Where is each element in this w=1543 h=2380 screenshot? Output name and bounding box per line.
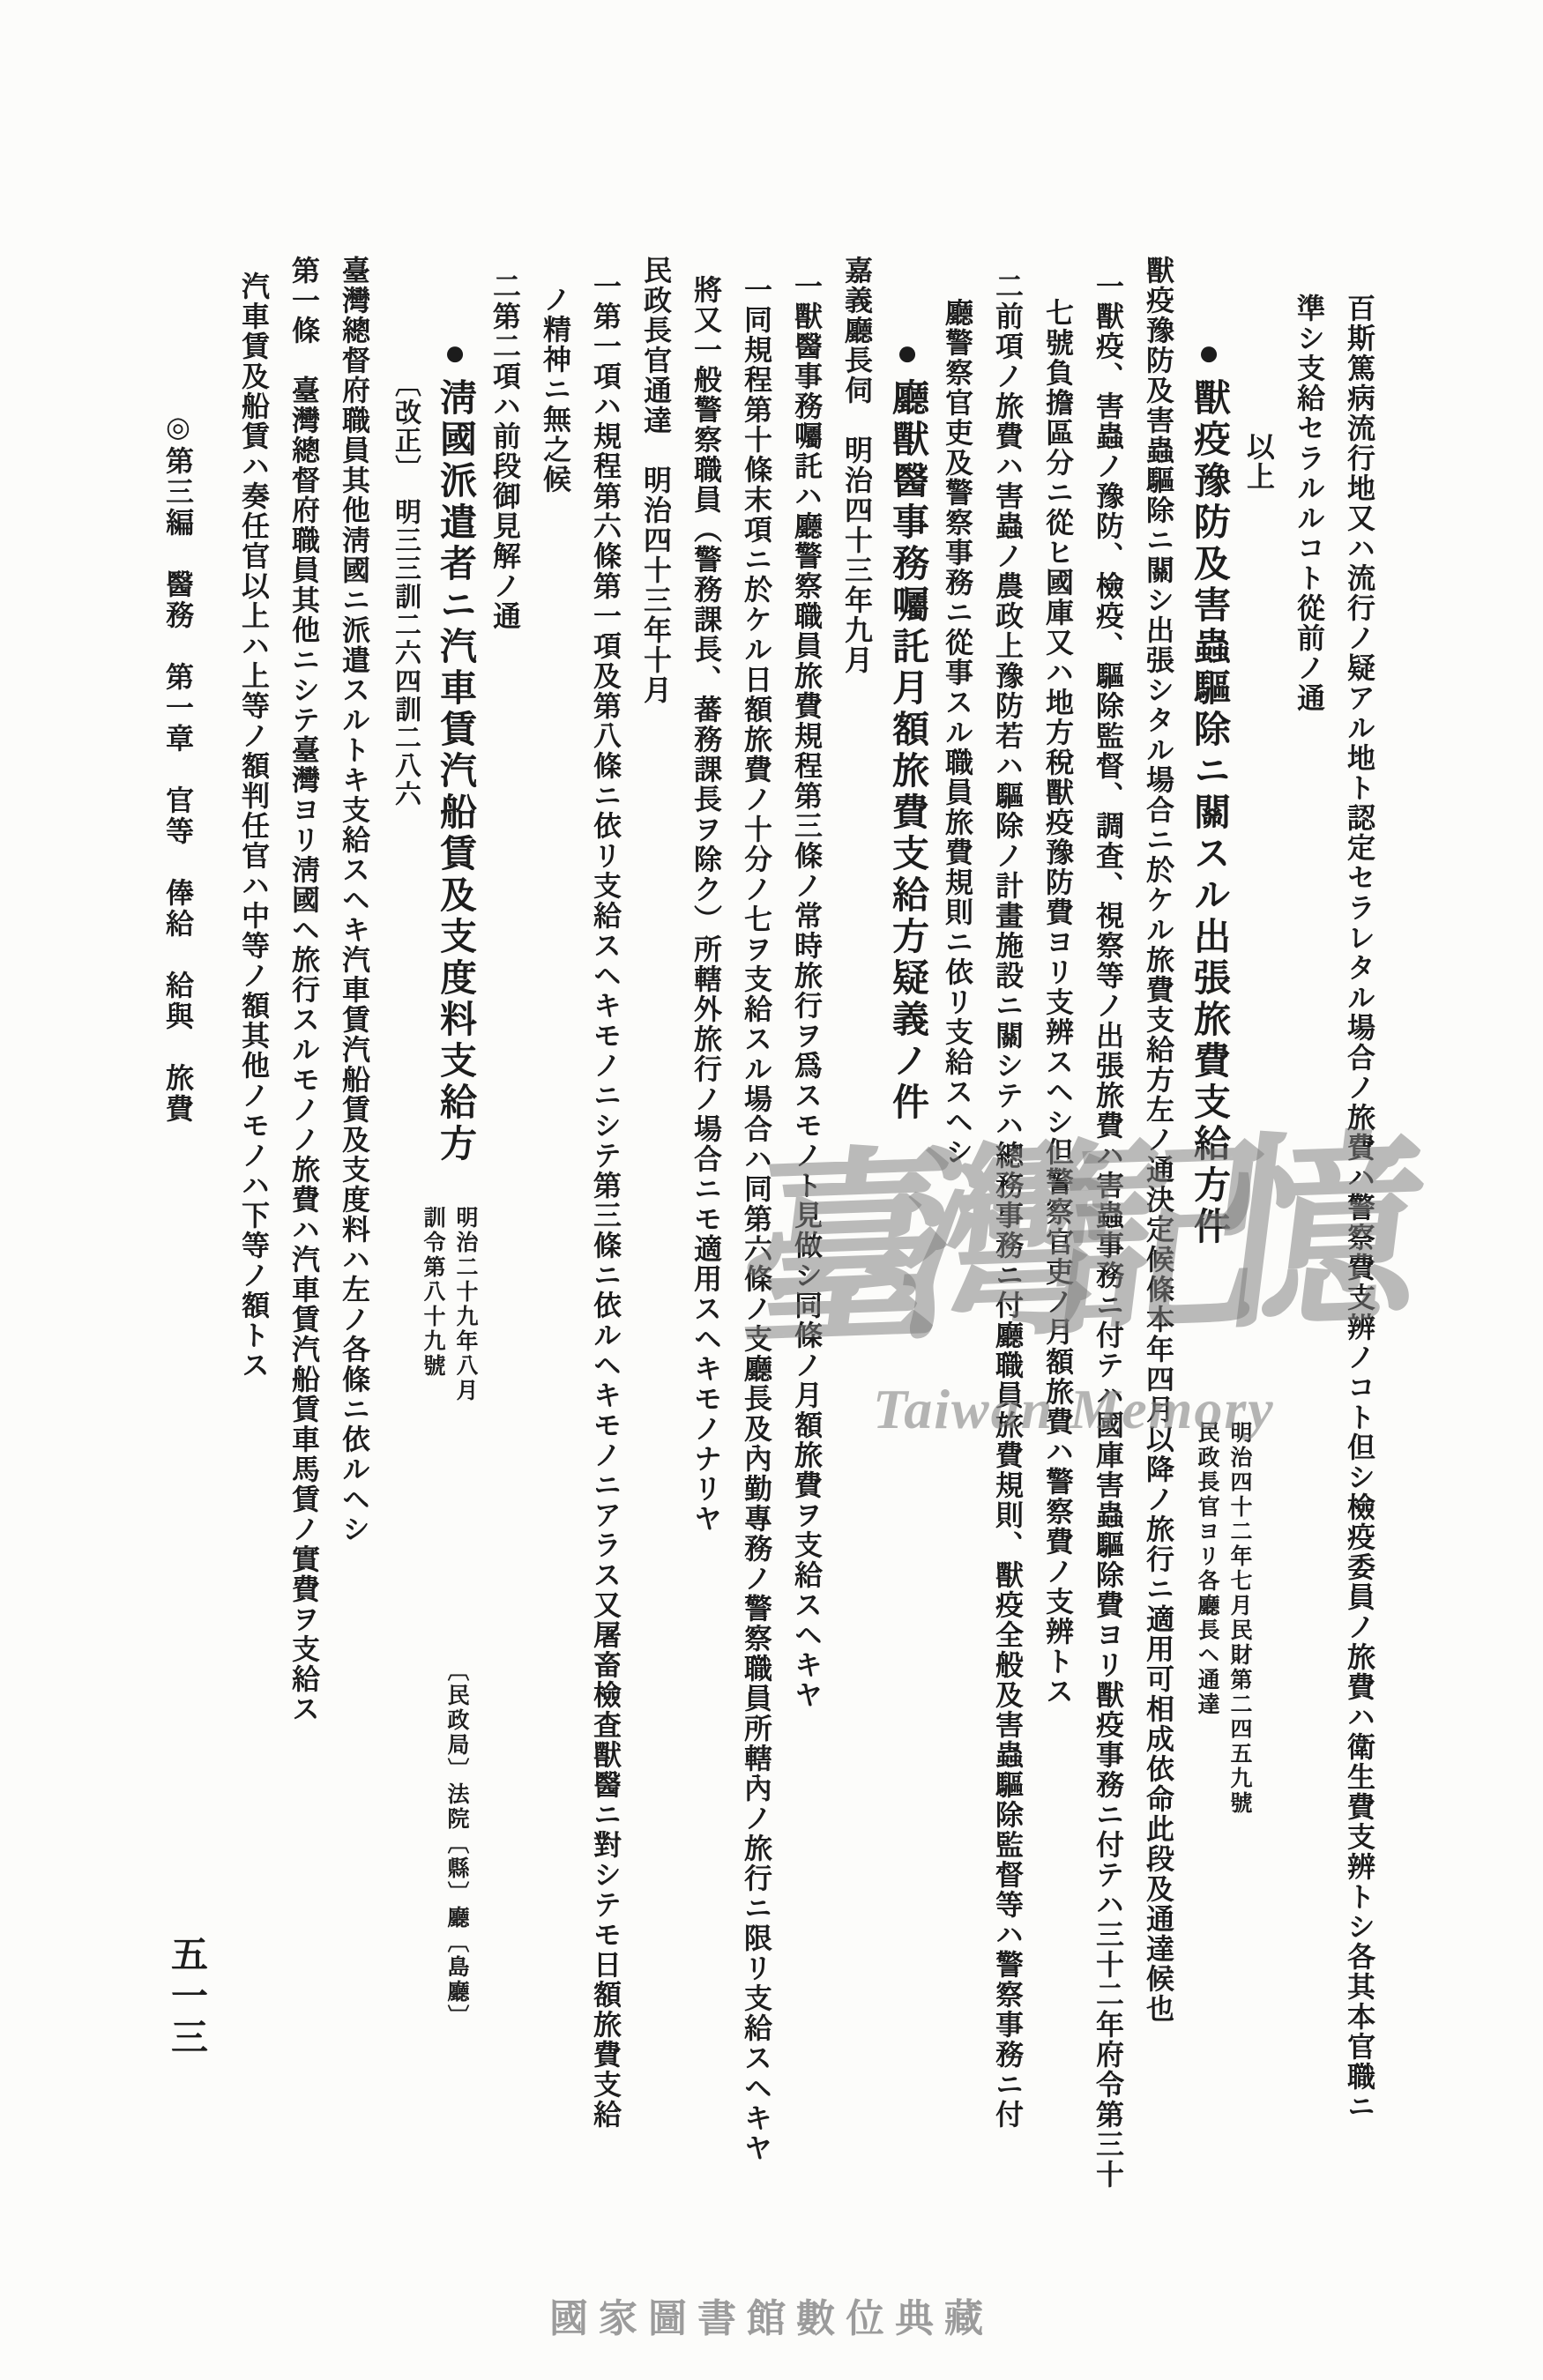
text-column-s1-item2b: 廳警察官吏及警察事務ニ從事スル職員旅費規則ニ依リ支給スヘシ	[943, 298, 972, 1167]
section-3-date: 明治二十九年八月	[454, 1206, 476, 1403]
text-column-s2-a1b: ノ精神ニ無之候	[541, 285, 570, 495]
text-column-s3-amendment: 〔改正〕 明三三訓二六四訓二八六	[391, 370, 418, 808]
section-title-3: ●淸國派遣者ニ汽車賃汽船賃及支度料支給方	[436, 333, 473, 1165]
text-column-s2-inquiry: 嘉義廳長伺 明治四十三年九月	[843, 256, 871, 675]
section-title-2: ●廳獸醫事務囑託月額旅費支給方疑義ノ件	[889, 333, 926, 1124]
text-column-pre-2: 準シ支給セラルルコト從前ノ通	[1295, 294, 1323, 713]
text-column-s1-item1a: 一獸疫、害蟲ノ豫防、檢疫、驅除監督、調査、視察等ノ出張旅費ハ害蟲事務ニ付テハ國庫…	[1094, 271, 1122, 2190]
text-column-s2-q2a: 一同規程第十條末項ニ於ケル日額旅費ノ十分ノ七ヲ支給スル場合ハ同第六條ノ支廳長及內…	[742, 275, 771, 2163]
section-title-1: ●獸疫豫防及害蟲驅除ニ關スル出張旅費支給方件	[1190, 333, 1227, 1248]
text-column-s3-art1b: 汽車賃及船賃ハ奏任官以上ハ上等ノ額判任官ハ中等ノ額其他ノモノハ下等ノ額トス	[240, 271, 268, 1380]
running-title: ◎第三編 醫務 第一章 官等 俸給 給與 旅費	[164, 410, 192, 1125]
text-column-pre-1: 百斯篤病流行地又ハ流行ノ疑アル地ト認定セラレタル場合ノ旅費ハ警察費支辨ノコト但シ…	[1345, 294, 1374, 2122]
text-column-s2-a1a: 一第一項ハ規程第六條第一項及第八條ニ依リ支給スヘキモノニシテ第三條ニ依ルヘキモノ…	[592, 271, 620, 2130]
section-3-addressees: 〔民政局〕法院〔縣〕廳〔島廳〕	[445, 1659, 467, 2029]
text-column-s3-body: 臺灣總督府職員其他淸國ニ派遣スルトキ支給スヘキ汽車賃汽船賃及支度料ハ左ノ各條ニ依…	[340, 256, 369, 1544]
library-footer: 國家圖書館數位典藏	[0, 2287, 1543, 2343]
text-column-s2-reply: 民政長官通達 明治四十三年十月	[642, 256, 670, 705]
text-column-s3-art1a: 第一條 臺灣總督府職員其他ニシテ臺灣ヨリ淸國ヘ旅行スルモノノ旅費ハ汽車賃汽船賃車…	[290, 256, 318, 1724]
text-column-s2-q2b: 將又一般警察職員（警務課長、蕃務課長ヲ除ク）所轄外旅行ノ場合ニモ適用スヘキモノナ…	[692, 275, 720, 1534]
section-3-order-number: 訓令第八十九號	[421, 1206, 444, 1403]
text-column-s2-q1: 一獸醫事務囑託ハ廳警察職員旅費規程第三條ノ常時旅行ヲ爲スモノト見做シ同條ノ月額旅…	[793, 271, 821, 1710]
text-column-s1-body: 獸疫豫防及害蟲驅除ニ關シ出張シタル場合ニ於ケル旅費支給方左ノ通決定候條本年四月以…	[1144, 256, 1173, 2024]
text-column-s1-item1b: 七號負擔區分ニ從ヒ國庫又ハ地方稅獸疫豫防費ヨリ支辨スヘシ但警察官吏ノ月額旅費ハ警…	[1044, 298, 1072, 1707]
section-1-issuer: 民政長官ヨリ各廳長ヘ通達	[1196, 1421, 1218, 1816]
text-column-s1-item2a: 二前項ノ旅費ハ害蟲ノ農政上豫防若ハ驅除ノ計畫施設ニ關シテハ總務事務ニ付廳職員旅費…	[994, 271, 1022, 2130]
section-3-annotation: 明治二十九年八月 訓令第八十九號	[421, 1206, 476, 1403]
section-1-ref-number: 明治四十二年七月民財第二四五九號	[1228, 1421, 1250, 1816]
scanned-document-page: 臺灣記憶 Taiwan Memory 百斯篤病流行地又ハ流行ノ疑アル地ト認定セラ…	[0, 0, 1543, 2380]
text-column-s2-a2: 二第二項ハ前段御見解ノ通	[491, 271, 519, 631]
text-column-closing: 以上	[1245, 432, 1273, 492]
page-number: 五一三	[168, 1935, 205, 2059]
section-1-annotation: 明治四十二年七月民財第二四五九號 民政長官ヨリ各廳長ヘ通達	[1196, 1421, 1250, 1816]
